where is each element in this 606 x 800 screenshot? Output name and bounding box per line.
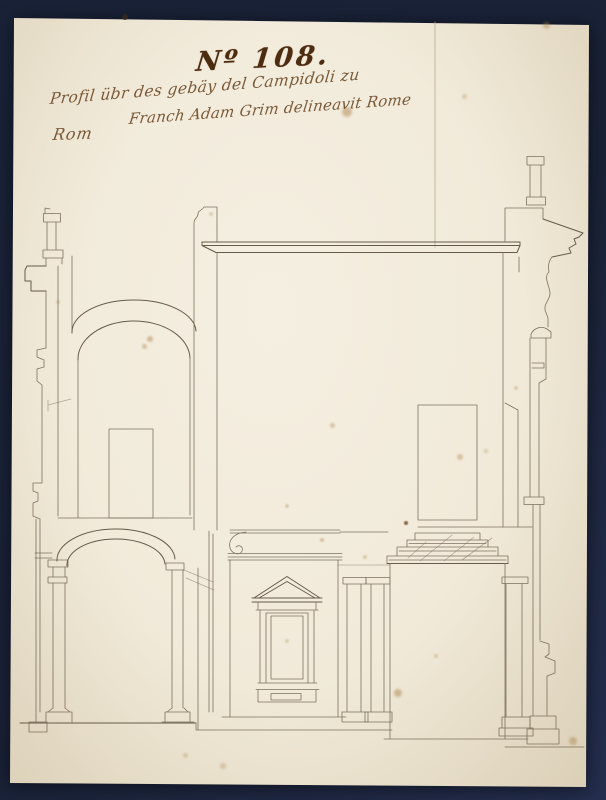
podium-hatching <box>408 535 492 561</box>
right-cornice-profile <box>543 219 583 257</box>
right-pier-shafts <box>530 338 546 497</box>
lower-arcade <box>57 529 214 730</box>
left-cornice-profile <box>25 266 46 291</box>
aedicula-jambs <box>260 610 314 683</box>
right-profile-moldings <box>545 257 552 327</box>
right-molding-cap <box>531 327 551 338</box>
niche-door-upper-left <box>109 429 153 518</box>
left-pilaster-base <box>29 708 72 732</box>
reveal-lines <box>198 531 213 730</box>
upper-arch-jambs <box>58 358 192 518</box>
aedicula <box>252 577 322 703</box>
pinnacle-right <box>527 157 546 206</box>
architectural-section-drawing <box>0 0 606 800</box>
podium-body <box>390 564 505 740</box>
right-bracket <box>524 497 544 505</box>
left-pier-wall <box>33 256 72 519</box>
ground-wall-top <box>230 530 388 533</box>
pilaster-2 <box>365 578 392 723</box>
podium-cap-steps <box>387 533 508 564</box>
right-attic <box>505 208 543 242</box>
right-inner-pilaster <box>499 577 533 736</box>
pilaster-1 <box>342 578 368 723</box>
upper-arch-bay <box>48 300 196 518</box>
left-pier-lower-faces <box>35 519 52 722</box>
pinnacle-left <box>43 214 63 267</box>
wall-window-right <box>418 405 477 520</box>
attic-ogee-left <box>194 207 217 530</box>
aedicula-frieze <box>256 602 318 610</box>
left-pier-section <box>20 208 196 732</box>
right-buttress-base <box>527 716 559 744</box>
main-wall-faces <box>217 253 519 531</box>
main-wall-upper <box>194 207 520 530</box>
tie-line <box>48 399 71 411</box>
lower-arch-impost-right <box>166 563 184 570</box>
scanned-drawing-page: { "inscriptions": { "number": "Nº 108.",… <box>0 0 606 800</box>
reveal-hatching <box>184 570 214 590</box>
upper-arch <box>72 300 196 360</box>
pinnacle-left-tick <box>45 208 50 213</box>
lower-arch <box>57 529 175 566</box>
lower-arch-base-right <box>162 708 194 722</box>
right-buttress <box>533 505 555 717</box>
main-cornice <box>202 242 520 253</box>
scroll-volute <box>230 532 246 554</box>
lower-arch-pilaster-right <box>172 570 183 708</box>
stepped-podium <box>387 533 508 739</box>
left-pilaster-shaft <box>53 567 65 708</box>
pediment <box>252 577 322 603</box>
ground-wall-cornice <box>228 554 342 561</box>
aedicula-sill <box>256 683 319 702</box>
pilaster-pair <box>338 565 392 722</box>
right-coping <box>505 403 518 527</box>
aedicula-frames <box>266 613 308 683</box>
